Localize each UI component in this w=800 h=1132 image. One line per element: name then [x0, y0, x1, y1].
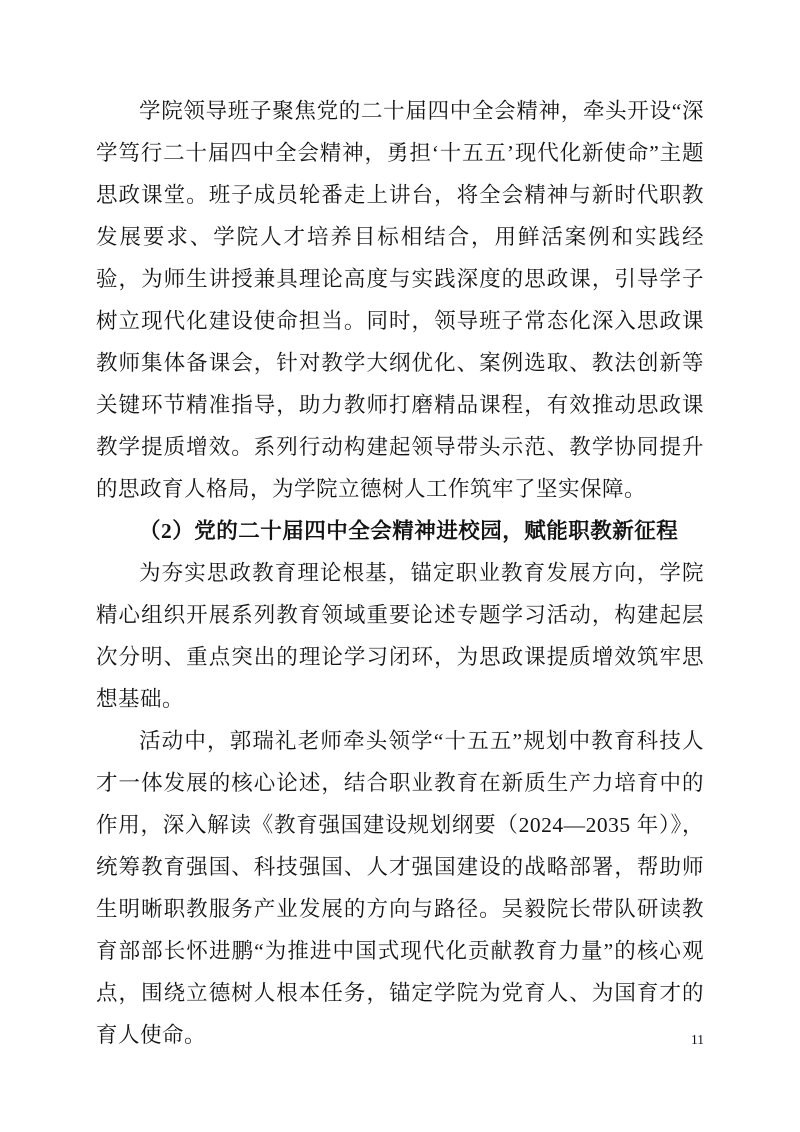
- section-heading: （2）党的二十届四中全会精神进校园，赋能职教新征程: [96, 510, 704, 552]
- page-number: 11: [96, 1031, 704, 1049]
- document-body: 学院领导班子聚焦党的二十届四中全会精神，牵头开设“深学笃行二十届四中全会精神，勇…: [96, 90, 704, 1056]
- paragraph: 为夯实思政教育理论根基，锚定职业教育发展方向，学院精心组织开展系列教育领域重要论…: [96, 552, 704, 720]
- document-page: 学院领导班子聚焦党的二十届四中全会精神，牵头开设“深学笃行二十届四中全会精神，勇…: [0, 0, 800, 1132]
- paragraph: 活动中，郭瑞礼老师牵头领学“十五五”规划中教育科技人才一体发展的核心论述，结合职…: [96, 720, 704, 1056]
- paragraph: 学院领导班子聚焦党的二十届四中全会精神，牵头开设“深学笃行二十届四中全会精神，勇…: [96, 90, 704, 510]
